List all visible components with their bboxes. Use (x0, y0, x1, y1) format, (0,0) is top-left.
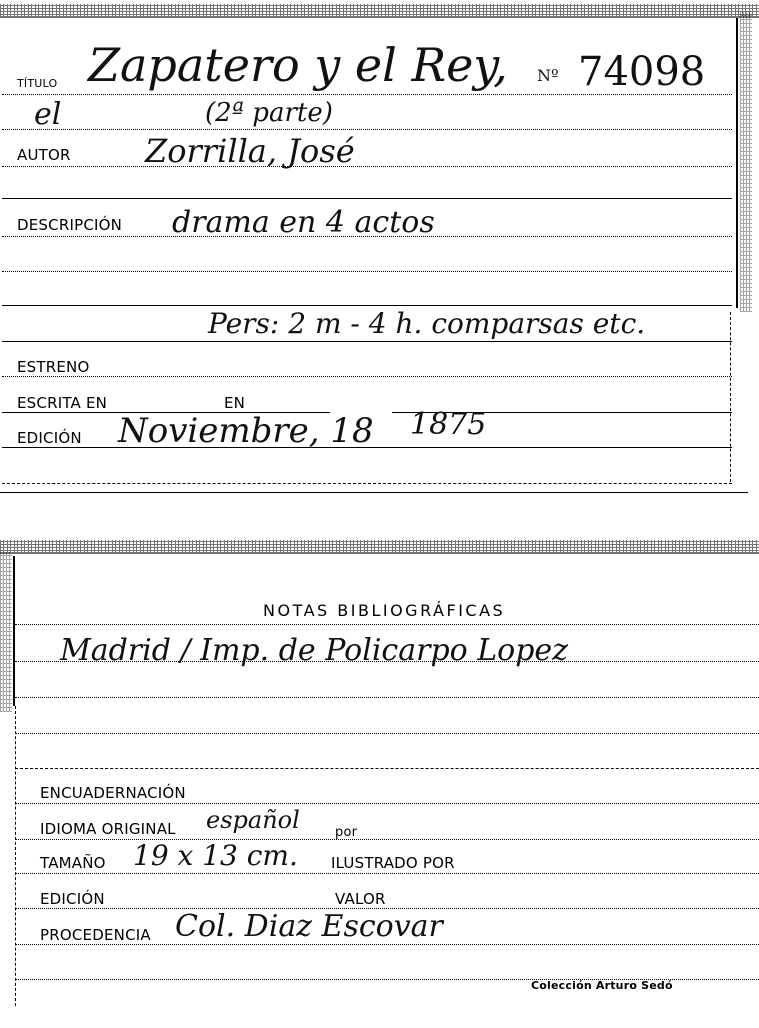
line-estreno (2, 376, 732, 377)
line-encuadernacion (15, 803, 759, 804)
line-bottom-front (2, 483, 732, 484)
label-titulo: TÍTULO (17, 78, 57, 89)
label-tamano: TAMAÑO (40, 856, 106, 871)
label-estreno: ESTRENO (17, 360, 90, 375)
value-numero[interactable]: 74098 (578, 52, 705, 92)
label-descripcion: DESCRIPCIÓN (17, 218, 122, 233)
line-personajes (2, 341, 732, 342)
card-right-border-lower (730, 312, 731, 482)
label-edicion-back: EDICIÓN (40, 892, 105, 907)
line-notas-2 (15, 661, 759, 662)
scan-edge-right (740, 12, 752, 312)
card-back-left-border-lower (15, 706, 16, 1006)
line-notas-5 (15, 768, 759, 769)
line-descripcion-3 (2, 305, 732, 306)
line-titulo-2 (2, 129, 732, 130)
scan-edge-left-back (0, 552, 12, 712)
value-personajes[interactable]: Pers: 2 m - 4 h. comparsas etc. (208, 310, 645, 338)
line-procedencia (15, 944, 759, 945)
label-edicion-front: EDICIÓN (17, 431, 82, 446)
label-por: por (335, 826, 357, 839)
heading-notas: NOTAS BIBLIOGRÁFICAS (263, 603, 505, 619)
scan-edge-top-back (0, 540, 759, 554)
line-notas-4 (15, 733, 759, 734)
line-descripcion (2, 236, 732, 237)
line-idioma-original (15, 839, 759, 840)
line-titulo (2, 94, 732, 95)
value-titulo-cont[interactable]: el (34, 100, 61, 130)
value-edicion-anio[interactable]: 1875 (410, 410, 486, 440)
line-edicion (2, 447, 732, 448)
label-escrita-en: ESCRITA EN (17, 396, 107, 411)
line-autor (2, 166, 732, 167)
line-tamano (15, 873, 759, 874)
value-idioma-original[interactable]: español (206, 808, 300, 832)
value-edicion-fecha[interactable]: Noviembre, 18 (118, 414, 374, 448)
line-descripcion-2 (2, 271, 732, 272)
collection-footer: Colección Arturo Sedó (531, 980, 673, 991)
label-en: EN (224, 396, 245, 411)
label-encuadernacion: ENCUADERNACIÓN (40, 786, 186, 801)
card-front-bottom-edge (0, 492, 748, 493)
label-ilustrado-por: ILUSTRADO POR (331, 856, 455, 871)
label-valor: VALOR (335, 892, 386, 907)
line-separator-1 (2, 198, 732, 199)
value-numero-prefix: Nº (537, 68, 559, 84)
scan-edge-top (0, 4, 759, 18)
value-titulo-note[interactable]: (2ª parte) (205, 100, 333, 126)
value-tamano[interactable]: 19 x 13 cm. (133, 842, 298, 870)
label-procedencia: PROCEDENCIA (40, 928, 151, 943)
line-notas-3 (15, 697, 759, 698)
card-right-border (736, 18, 738, 308)
value-procedencia[interactable]: Col. Diaz Escovar (175, 912, 443, 942)
value-autor[interactable]: Zorrilla, José (145, 135, 355, 167)
card-back-left-border (13, 556, 15, 706)
label-autor: AUTOR (17, 148, 71, 163)
line-notas-1 (15, 624, 759, 625)
value-titulo[interactable]: Zapatero y el Rey, (88, 42, 508, 88)
label-idioma-original: IDIOMA ORIGINAL (40, 822, 176, 837)
value-descripcion[interactable]: drama en 4 actos (172, 208, 435, 238)
